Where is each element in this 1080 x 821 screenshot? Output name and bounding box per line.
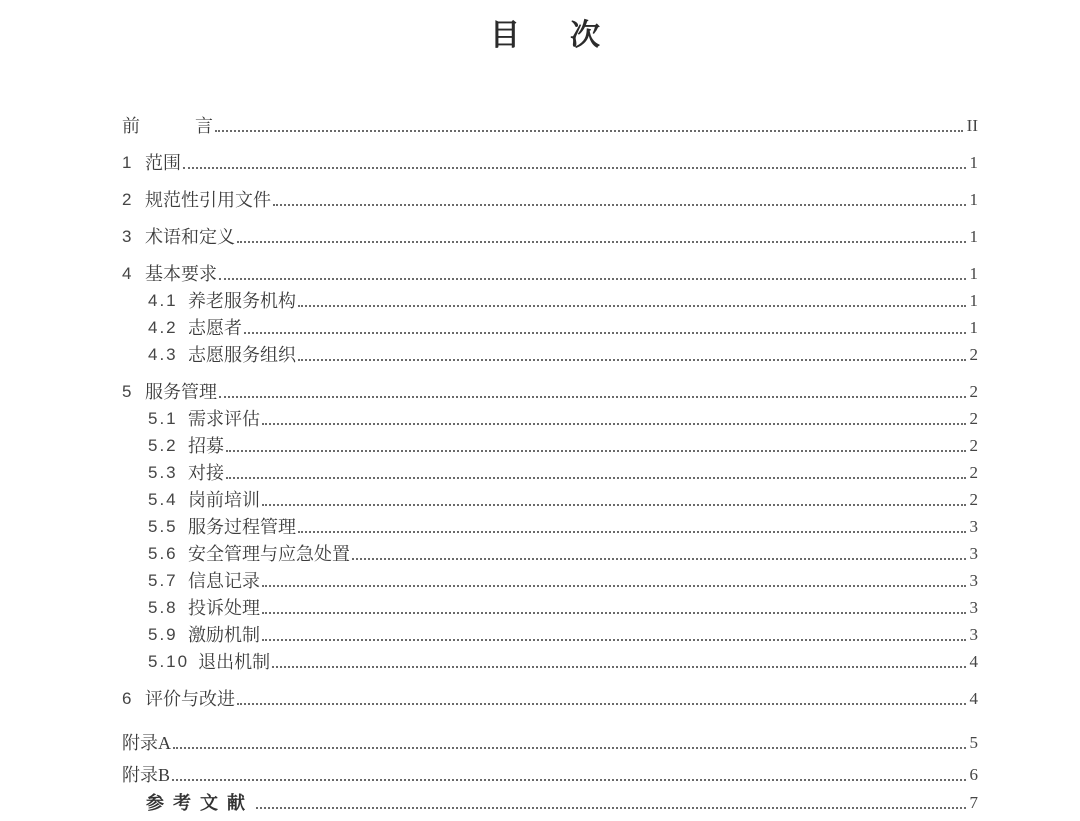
toc-entry-title: 志愿服务组织 xyxy=(188,345,296,365)
toc-entry: 1 范围 1 xyxy=(122,153,978,173)
toc-entry-title: 附录B xyxy=(122,765,170,785)
toc-entry-page: 1 xyxy=(969,264,979,284)
toc-entry-number: 5.2 xyxy=(148,436,179,456)
toc-entry-number: 5.5 xyxy=(148,517,179,537)
toc-entry-title: 服务过程管理 xyxy=(188,517,296,537)
toc-entry-number: 5.9 xyxy=(148,625,179,645)
toc-dot-leader xyxy=(244,332,966,334)
toc-entry: 附录A 5 xyxy=(122,733,978,753)
toc-entry-page: 3 xyxy=(969,517,979,537)
toc-dot-leader xyxy=(215,130,963,132)
toc-entry-title: 志愿者 xyxy=(188,318,242,338)
toc-entry: 5.7 信息记录 3 xyxy=(122,571,978,591)
toc-entry-number: 5.10 xyxy=(148,652,189,672)
toc-dot-leader xyxy=(237,703,966,705)
toc-entry-page: 7 xyxy=(969,793,979,813)
toc-dot-leader xyxy=(219,278,966,280)
toc-entry-page: 2 xyxy=(969,463,979,483)
toc-entry: 3 术语和定义 1 xyxy=(122,227,978,247)
toc-entry-number: 4.2 xyxy=(148,318,179,338)
toc-dot-leader xyxy=(262,504,966,506)
toc-entry: 2 规范性引用文件 1 xyxy=(122,190,978,210)
toc-entry-page: 2 xyxy=(969,382,979,402)
toc-entry-title: 信息记录 xyxy=(188,571,260,591)
toc-entry-title: 退出机制 xyxy=(198,652,270,672)
toc-entry-title: 规范性引用文件 xyxy=(145,190,271,210)
toc-entry-page: 3 xyxy=(969,544,979,564)
toc-entry-number: 4.3 xyxy=(148,345,179,365)
toc-entry-page: 6 xyxy=(969,765,979,785)
toc-entry-title: 基本要求 xyxy=(145,264,217,284)
toc-entry: 4.2 志愿者 1 xyxy=(122,318,978,338)
toc-entry: 5 服务管理 2 xyxy=(122,382,978,402)
toc-dot-leader xyxy=(298,305,966,307)
toc-entry-page: 1 xyxy=(969,318,979,338)
toc-entry-title: 对接 xyxy=(188,463,224,483)
toc-entry: 5.4 岗前培训 2 xyxy=(122,490,978,510)
toc-entry-page: 4 xyxy=(969,689,979,709)
toc-entry-page: II xyxy=(966,116,978,136)
toc-entry-title: 术语和定义 xyxy=(145,227,235,247)
toc-entry-title: 服务管理 xyxy=(145,382,217,402)
toc-entry-title: 评价与改进 xyxy=(145,689,235,709)
toc-entry: 5.2 招募 2 xyxy=(122,436,978,456)
toc-entry-title: 招募 xyxy=(188,436,224,456)
toc-entry-page: 1 xyxy=(969,190,979,210)
toc-entry-number: 3 xyxy=(122,227,136,247)
toc-entry-title: 激励机制 xyxy=(188,625,260,645)
toc-entry-title: 安全管理与应急处置 xyxy=(188,544,350,564)
toc-entry-page: 2 xyxy=(969,490,979,510)
toc-entry-number: 5.6 xyxy=(148,544,179,564)
toc-entry: 5.5 服务过程管理 3 xyxy=(122,517,978,537)
toc-entry-page: 1 xyxy=(969,153,979,173)
toc-dot-leader xyxy=(237,241,966,243)
toc-dot-leader xyxy=(262,612,966,614)
toc-entry-page: 2 xyxy=(969,409,979,429)
toc-entry-page: 3 xyxy=(969,571,979,591)
toc-entry-title: 投诉处理 xyxy=(188,598,260,618)
toc-entry-number: 5 xyxy=(122,382,136,402)
toc-entry-number: 5.8 xyxy=(148,598,179,618)
toc-dot-leader xyxy=(298,359,966,361)
toc-entry-page: 5 xyxy=(969,733,979,753)
toc-entry: 4.1 养老服务机构 1 xyxy=(122,291,978,311)
toc-dot-leader xyxy=(183,167,966,169)
toc-entry: 6 评价与改进 4 xyxy=(122,689,978,709)
toc-entry-page: 3 xyxy=(969,625,979,645)
toc-entry-title: 言 xyxy=(195,116,213,136)
toc-entry: 参考文献 7 xyxy=(122,793,978,813)
toc-entry-title: 需求评估 xyxy=(188,409,260,429)
toc-dot-leader xyxy=(172,779,965,781)
toc-dot-leader xyxy=(219,396,966,398)
toc-entry-page: 4 xyxy=(969,652,979,672)
toc-dot-leader xyxy=(262,585,966,587)
toc-entry-number: 4.1 xyxy=(148,291,179,311)
toc-dot-leader xyxy=(352,558,966,560)
toc-entry: 附录B 6 xyxy=(122,765,978,785)
toc-entry-page: 2 xyxy=(969,345,979,365)
toc-entry-page: 1 xyxy=(969,227,979,247)
toc-entry-number: 4 xyxy=(122,264,136,284)
toc-entry: 5.8 投诉处理 3 xyxy=(122,598,978,618)
page-title: 目 次 xyxy=(122,18,978,54)
toc-entry: 5.6 安全管理与应急处置 3 xyxy=(122,544,978,564)
toc-entry: 前 言 II xyxy=(122,116,978,136)
toc-entry: 4 基本要求 1 xyxy=(122,264,978,284)
toc-entry: 5.10 退出机制 4 xyxy=(122,652,978,672)
document-page: 目 次 前 言 II 1 范围 1 2 规范性引用文件 1 3 术语和定义 1 … xyxy=(0,0,1080,821)
toc-dot-leader xyxy=(226,477,966,479)
toc-entry: 5.9 激励机制 3 xyxy=(122,625,978,645)
toc-entry-number: 1 xyxy=(122,153,136,173)
toc-entry-title: 参考文献 xyxy=(146,793,254,813)
toc-entry-page: 1 xyxy=(969,291,979,311)
toc-entry-number: 5.7 xyxy=(148,571,179,591)
toc-entry-number: 2 xyxy=(122,190,136,210)
toc-dot-leader xyxy=(298,531,966,533)
toc-dot-leader xyxy=(173,747,966,749)
toc-dot-leader xyxy=(262,639,966,641)
toc-dot-leader xyxy=(273,204,966,206)
toc-dot-leader xyxy=(226,450,966,452)
toc-list: 前 言 II 1 范围 1 2 规范性引用文件 1 3 术语和定义 1 4 基本… xyxy=(122,116,978,813)
toc-entry-number: 前 xyxy=(122,116,186,136)
toc-entry-number: 5.1 xyxy=(148,409,179,429)
toc-entry-title: 附录A xyxy=(122,733,171,753)
toc-entry: 5.1 需求评估 2 xyxy=(122,409,978,429)
toc-entry-number: 5.3 xyxy=(148,463,179,483)
toc-entry-title: 范围 xyxy=(145,153,181,173)
toc-dot-leader xyxy=(262,423,966,425)
toc-entry-title: 养老服务机构 xyxy=(188,291,296,311)
toc-entry-number: 5.4 xyxy=(148,490,179,510)
toc-entry: 5.3 对接 2 xyxy=(122,463,978,483)
toc-entry-page: 3 xyxy=(969,598,979,618)
toc-entry: 4.3 志愿服务组织 2 xyxy=(122,345,978,365)
toc-entry-page: 2 xyxy=(969,436,979,456)
toc-entry-title: 岗前培训 xyxy=(188,490,260,510)
toc-dot-leader xyxy=(256,807,966,809)
toc-dot-leader xyxy=(272,666,965,668)
toc-entry-number: 6 xyxy=(122,689,136,709)
